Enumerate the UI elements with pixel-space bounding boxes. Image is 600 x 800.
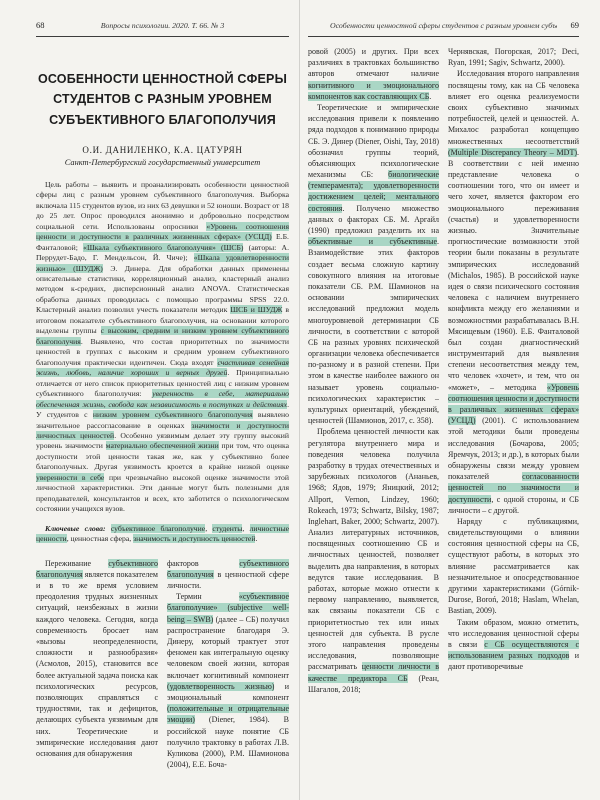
keywords-label: Ключевые слова: — [45, 524, 106, 533]
article-title-line-3: СУБЪЕКТИВНОГО БЛАГОПОЛУЧИЯ — [36, 110, 289, 130]
left-page-body: Переживание субъективного благополучия я… — [36, 558, 289, 792]
journal-spread: 68 Вопросы психологии. 2020. Т. 66. № 3 … — [0, 0, 600, 800]
journal-name: Вопросы психологии. 2020. Т. 66. № 3 — [58, 21, 267, 30]
running-head-right: Особенности ценностной сферы студентов с… — [308, 20, 579, 33]
right-page-body: ровой (2005) и других. При всех различия… — [308, 46, 579, 770]
article-title: ОСОБЕННОСТИ ЦЕННОСТНОЙ СФЕРЫ СТУДЕНТОВ С… — [36, 69, 289, 130]
right-page-column-1: ровой (2005) и других. При всех различия… — [308, 46, 439, 770]
left-page-column-2: факторов субъективного благополучия в це… — [167, 558, 289, 792]
running-title: Особенности ценностной сферы студентов с… — [330, 21, 557, 30]
page-right: Особенности ценностной сферы студентов с… — [300, 0, 600, 800]
header-rule-left — [36, 36, 289, 37]
article-title-line-1: ОСОБЕННОСТИ ЦЕННОСТНОЙ СФЕРЫ — [36, 69, 289, 89]
right-page-column-2: Чернявская, Погорская, 2017; Deci, Ryan,… — [448, 46, 579, 770]
running-head-left: 68 Вопросы психологии. 2020. Т. 66. № 3 — [36, 20, 289, 33]
article-affiliation: Санкт-Петербургский государственный унив… — [36, 158, 289, 167]
page-number-left: 68 — [36, 20, 58, 30]
article-title-line-2: СТУДЕНТОВ С РАЗНЫМ УРОВНЕМ — [36, 89, 289, 109]
page-number-right: 69 — [557, 20, 579, 30]
left-page-column-1: Переживание субъективного благополучия я… — [36, 558, 158, 792]
header-rule-right — [308, 36, 579, 37]
abstract: Цель работы – выявить и проанализировать… — [36, 180, 289, 515]
article-authors: О.И. ДАНИЛЕНКО, К.А. ЦАТУРЯН — [36, 145, 289, 155]
page-left: 68 Вопросы психологии. 2020. Т. 66. № 3 … — [0, 0, 300, 800]
keywords: Ключевые слова: субъективное благополучи… — [36, 524, 289, 545]
